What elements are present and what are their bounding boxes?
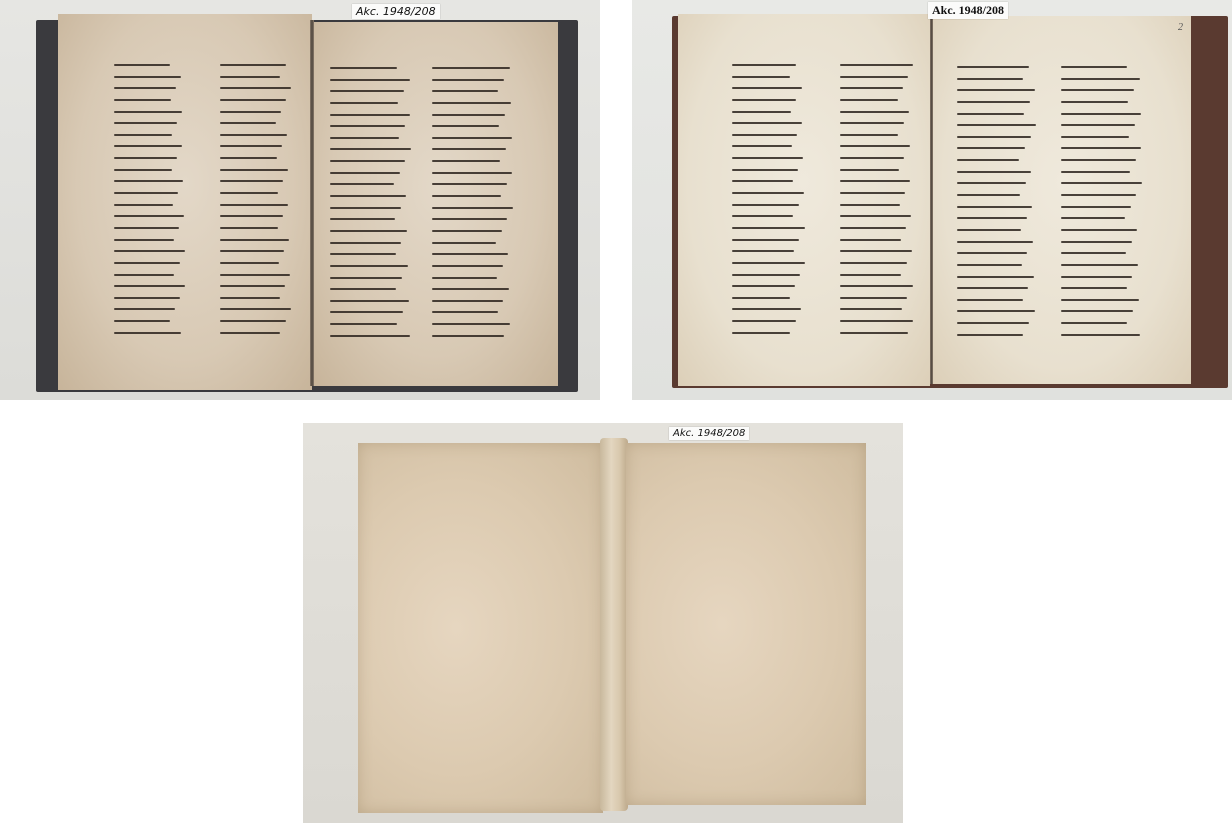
handwritten-line bbox=[957, 287, 1028, 289]
handwritten-line bbox=[220, 111, 281, 113]
handwritten-line bbox=[432, 172, 512, 174]
handwritten-line bbox=[957, 322, 1029, 324]
left-page bbox=[58, 14, 312, 390]
handwritten-line bbox=[220, 122, 276, 124]
handwritten-line bbox=[840, 285, 913, 287]
handwritten-line bbox=[220, 145, 282, 147]
handwritten-line bbox=[840, 308, 902, 310]
handwritten-line bbox=[732, 274, 800, 276]
handwritten-line bbox=[957, 182, 1026, 184]
handwritten-line bbox=[220, 320, 286, 322]
handwritten-line bbox=[330, 114, 410, 116]
handwritten-line bbox=[432, 335, 504, 337]
handwritten-line bbox=[432, 195, 501, 197]
photo-open-book-aged: Akc. 1948/208 bbox=[0, 0, 600, 400]
handwritten-line bbox=[840, 64, 913, 66]
handwritten-line bbox=[957, 78, 1023, 80]
handwritten-line bbox=[220, 134, 287, 136]
handwritten-line bbox=[330, 160, 405, 162]
handwritten-line bbox=[732, 227, 805, 229]
handwritten-line bbox=[732, 250, 794, 252]
handwritten-line bbox=[1061, 124, 1135, 126]
handwritten-line bbox=[1061, 101, 1128, 103]
handwritten-line bbox=[432, 114, 505, 116]
handwritten-line bbox=[957, 310, 1035, 312]
handwritten-line bbox=[1061, 194, 1136, 196]
handwritten-line bbox=[957, 264, 1022, 266]
handwritten-line bbox=[432, 125, 499, 127]
handwritten-line bbox=[1061, 252, 1126, 254]
handwritten-line bbox=[330, 300, 409, 302]
handwritten-line bbox=[220, 332, 280, 334]
handwritten-line bbox=[840, 157, 904, 159]
handwritten-line bbox=[220, 215, 283, 217]
handwritten-line bbox=[1061, 276, 1132, 278]
handwritten-line bbox=[330, 242, 401, 244]
handwritten-line bbox=[957, 229, 1021, 231]
handwritten-line bbox=[957, 241, 1033, 243]
handwritten-line bbox=[732, 87, 802, 89]
handwritten-line bbox=[114, 64, 170, 66]
handwritten-line bbox=[840, 250, 912, 252]
handwritten-line bbox=[114, 262, 180, 264]
handwritten-line bbox=[1061, 66, 1127, 68]
handwritten-line bbox=[957, 299, 1023, 301]
handwritten-line bbox=[114, 192, 178, 194]
handwritten-line bbox=[1061, 206, 1131, 208]
handwritten-line bbox=[114, 332, 181, 334]
handwritten-line bbox=[220, 239, 289, 241]
handwritten-line bbox=[840, 239, 901, 241]
right-page: 2 bbox=[933, 16, 1191, 384]
handwritten-line bbox=[114, 134, 172, 136]
accession-label: Akc. 1948/208 bbox=[352, 4, 440, 19]
handwritten-line bbox=[1061, 147, 1141, 149]
handwritten-line bbox=[957, 66, 1029, 68]
handwritten-line bbox=[114, 145, 182, 147]
handwritten-line bbox=[957, 89, 1035, 91]
handwritten-line bbox=[330, 137, 399, 139]
handwritten-line bbox=[432, 300, 503, 302]
accession-label: Akc. 1948/208 bbox=[928, 2, 1008, 19]
handwritten-line bbox=[1061, 78, 1140, 80]
handwritten-line bbox=[957, 252, 1027, 254]
handwritten-line bbox=[732, 239, 799, 241]
handwritten-line bbox=[732, 192, 804, 194]
handwritten-line bbox=[732, 111, 791, 113]
handwritten-line bbox=[732, 76, 790, 78]
handwritten-line bbox=[1061, 299, 1139, 301]
handwritten-line bbox=[330, 207, 401, 209]
handwritten-line bbox=[1061, 159, 1136, 161]
handwritten-line bbox=[432, 137, 512, 139]
handwritten-line bbox=[114, 169, 172, 171]
handwritten-line bbox=[1061, 310, 1133, 312]
handwritten-line bbox=[114, 99, 171, 101]
handwritten-line bbox=[220, 157, 277, 159]
handwritten-line bbox=[732, 122, 802, 124]
handwritten-line bbox=[114, 308, 175, 310]
handwritten-line bbox=[432, 311, 498, 313]
handwritten-line bbox=[957, 101, 1030, 103]
handwritten-line bbox=[114, 122, 177, 124]
handwritten-line bbox=[732, 145, 792, 147]
handwritten-line bbox=[330, 148, 411, 150]
handwritten-line bbox=[432, 265, 503, 267]
handwritten-line bbox=[432, 90, 498, 92]
handwritten-line bbox=[220, 227, 278, 229]
handwritten-line bbox=[957, 206, 1032, 208]
handwritten-line bbox=[1061, 229, 1137, 231]
handwritten-line bbox=[114, 87, 176, 89]
handwritten-line bbox=[220, 192, 278, 194]
handwritten-line bbox=[114, 250, 185, 252]
handwritten-line bbox=[1061, 182, 1142, 184]
handwritten-line bbox=[732, 215, 793, 217]
text-column bbox=[1061, 66, 1143, 336]
handwritten-line bbox=[840, 122, 904, 124]
handwritten-line bbox=[432, 242, 496, 244]
text-column bbox=[330, 67, 412, 337]
handwritten-line bbox=[732, 308, 801, 310]
handwritten-line bbox=[840, 227, 906, 229]
text-column bbox=[114, 64, 186, 334]
handwritten-line bbox=[1061, 136, 1129, 138]
handwritten-line bbox=[220, 87, 291, 89]
handwritten-line bbox=[114, 111, 182, 113]
handwritten-line bbox=[330, 67, 397, 69]
handwritten-line bbox=[330, 265, 408, 267]
handwritten-line bbox=[732, 99, 796, 101]
text-column bbox=[220, 64, 292, 334]
handwritten-line bbox=[432, 207, 513, 209]
handwritten-line bbox=[432, 148, 506, 150]
handwritten-line bbox=[330, 125, 405, 127]
handwritten-line bbox=[957, 334, 1023, 336]
handwritten-line bbox=[114, 76, 181, 78]
handwritten-line bbox=[330, 323, 397, 325]
handwritten-line bbox=[840, 274, 901, 276]
handwritten-line bbox=[957, 276, 1034, 278]
handwritten-line bbox=[957, 147, 1025, 149]
handwritten-line bbox=[330, 79, 410, 81]
text-column bbox=[957, 66, 1037, 336]
handwritten-line bbox=[1061, 264, 1138, 266]
handwritten-line bbox=[1061, 241, 1132, 243]
handwritten-line bbox=[732, 169, 798, 171]
handwritten-line bbox=[114, 227, 179, 229]
handwritten-line bbox=[220, 76, 280, 78]
left-page bbox=[678, 14, 930, 386]
handwritten-line bbox=[840, 215, 911, 217]
handwritten-line bbox=[1061, 287, 1127, 289]
handwritten-line bbox=[114, 285, 185, 287]
handwritten-line bbox=[220, 297, 280, 299]
spine bbox=[600, 438, 628, 811]
handwritten-line bbox=[432, 67, 510, 69]
handwritten-line bbox=[330, 102, 398, 104]
handwritten-line bbox=[432, 253, 508, 255]
handwritten-line bbox=[732, 204, 799, 206]
text-column bbox=[432, 67, 514, 337]
handwritten-line bbox=[432, 277, 497, 279]
handwritten-line bbox=[732, 332, 790, 334]
handwritten-line bbox=[1061, 113, 1141, 115]
handwritten-line bbox=[330, 90, 404, 92]
handwritten-line bbox=[957, 124, 1036, 126]
handwritten-line bbox=[432, 323, 510, 325]
handwritten-line bbox=[1061, 171, 1130, 173]
handwritten-line bbox=[840, 297, 907, 299]
handwritten-line bbox=[840, 145, 910, 147]
handwritten-line bbox=[114, 157, 177, 159]
handwritten-line bbox=[840, 87, 903, 89]
handwritten-line bbox=[840, 204, 900, 206]
handwritten-line bbox=[732, 285, 795, 287]
handwritten-line bbox=[330, 335, 410, 337]
handwritten-line bbox=[114, 320, 170, 322]
handwritten-line bbox=[330, 288, 396, 290]
handwritten-line bbox=[1061, 89, 1134, 91]
handwritten-line bbox=[957, 217, 1027, 219]
handwritten-line bbox=[840, 332, 908, 334]
right-page bbox=[314, 22, 558, 386]
handwritten-line bbox=[1061, 217, 1125, 219]
handwritten-line bbox=[840, 134, 898, 136]
handwritten-line bbox=[957, 194, 1020, 196]
handwritten-line bbox=[840, 320, 913, 322]
handwritten-line bbox=[840, 169, 899, 171]
handwritten-line bbox=[840, 111, 909, 113]
handwritten-line bbox=[114, 215, 184, 217]
handwritten-line bbox=[220, 64, 286, 66]
handwritten-line bbox=[330, 218, 395, 220]
handwritten-line bbox=[732, 262, 805, 264]
handwritten-line bbox=[732, 157, 803, 159]
handwritten-line bbox=[732, 134, 797, 136]
handwritten-line bbox=[840, 180, 910, 182]
back-cover bbox=[358, 443, 603, 813]
photo-open-book-clean: 2 Akc. 1948/208 bbox=[632, 0, 1232, 400]
handwritten-line bbox=[220, 99, 286, 101]
handwritten-line bbox=[732, 320, 796, 322]
handwritten-line bbox=[1061, 334, 1140, 336]
handwritten-line bbox=[330, 172, 400, 174]
handwritten-line bbox=[114, 297, 180, 299]
handwritten-line bbox=[432, 160, 500, 162]
handwritten-line bbox=[220, 250, 284, 252]
handwritten-line bbox=[220, 274, 290, 276]
handwritten-line bbox=[330, 311, 403, 313]
handwritten-line bbox=[220, 204, 288, 206]
handwritten-line bbox=[732, 180, 793, 182]
handwritten-line bbox=[432, 183, 507, 185]
handwritten-line bbox=[957, 136, 1031, 138]
handwritten-line bbox=[840, 99, 898, 101]
handwritten-line bbox=[114, 274, 174, 276]
accession-label: Akc. 1948/208 bbox=[669, 427, 749, 440]
handwritten-line bbox=[432, 79, 504, 81]
handwritten-line bbox=[1061, 322, 1127, 324]
front-cover bbox=[626, 443, 866, 805]
handwritten-line bbox=[957, 113, 1024, 115]
handwritten-line bbox=[220, 169, 288, 171]
handwritten-line bbox=[330, 195, 406, 197]
handwritten-line bbox=[432, 288, 509, 290]
handwritten-line bbox=[220, 262, 279, 264]
handwritten-line bbox=[330, 277, 402, 279]
text-column bbox=[840, 64, 914, 334]
handwritten-line bbox=[330, 230, 407, 232]
handwritten-line bbox=[957, 171, 1031, 173]
photo-closed-book-vellum: Akc. 1948/208 bbox=[303, 423, 903, 823]
handwritten-line bbox=[432, 102, 511, 104]
handwritten-line bbox=[114, 239, 174, 241]
handwritten-line bbox=[114, 180, 183, 182]
handwritten-line bbox=[840, 192, 905, 194]
handwritten-line bbox=[432, 230, 502, 232]
handwritten-line bbox=[732, 297, 790, 299]
handwritten-line bbox=[220, 285, 285, 287]
handwritten-line bbox=[432, 218, 507, 220]
handwritten-line bbox=[732, 64, 796, 66]
text-column bbox=[732, 64, 806, 334]
handwritten-line bbox=[957, 159, 1019, 161]
handwritten-line bbox=[220, 308, 291, 310]
handwritten-line bbox=[840, 76, 908, 78]
handwritten-line bbox=[114, 204, 173, 206]
page-number: 2 bbox=[1178, 22, 1183, 33]
handwritten-line bbox=[330, 183, 394, 185]
handwritten-line bbox=[840, 262, 907, 264]
handwritten-line bbox=[330, 253, 396, 255]
handwritten-line bbox=[220, 180, 283, 182]
